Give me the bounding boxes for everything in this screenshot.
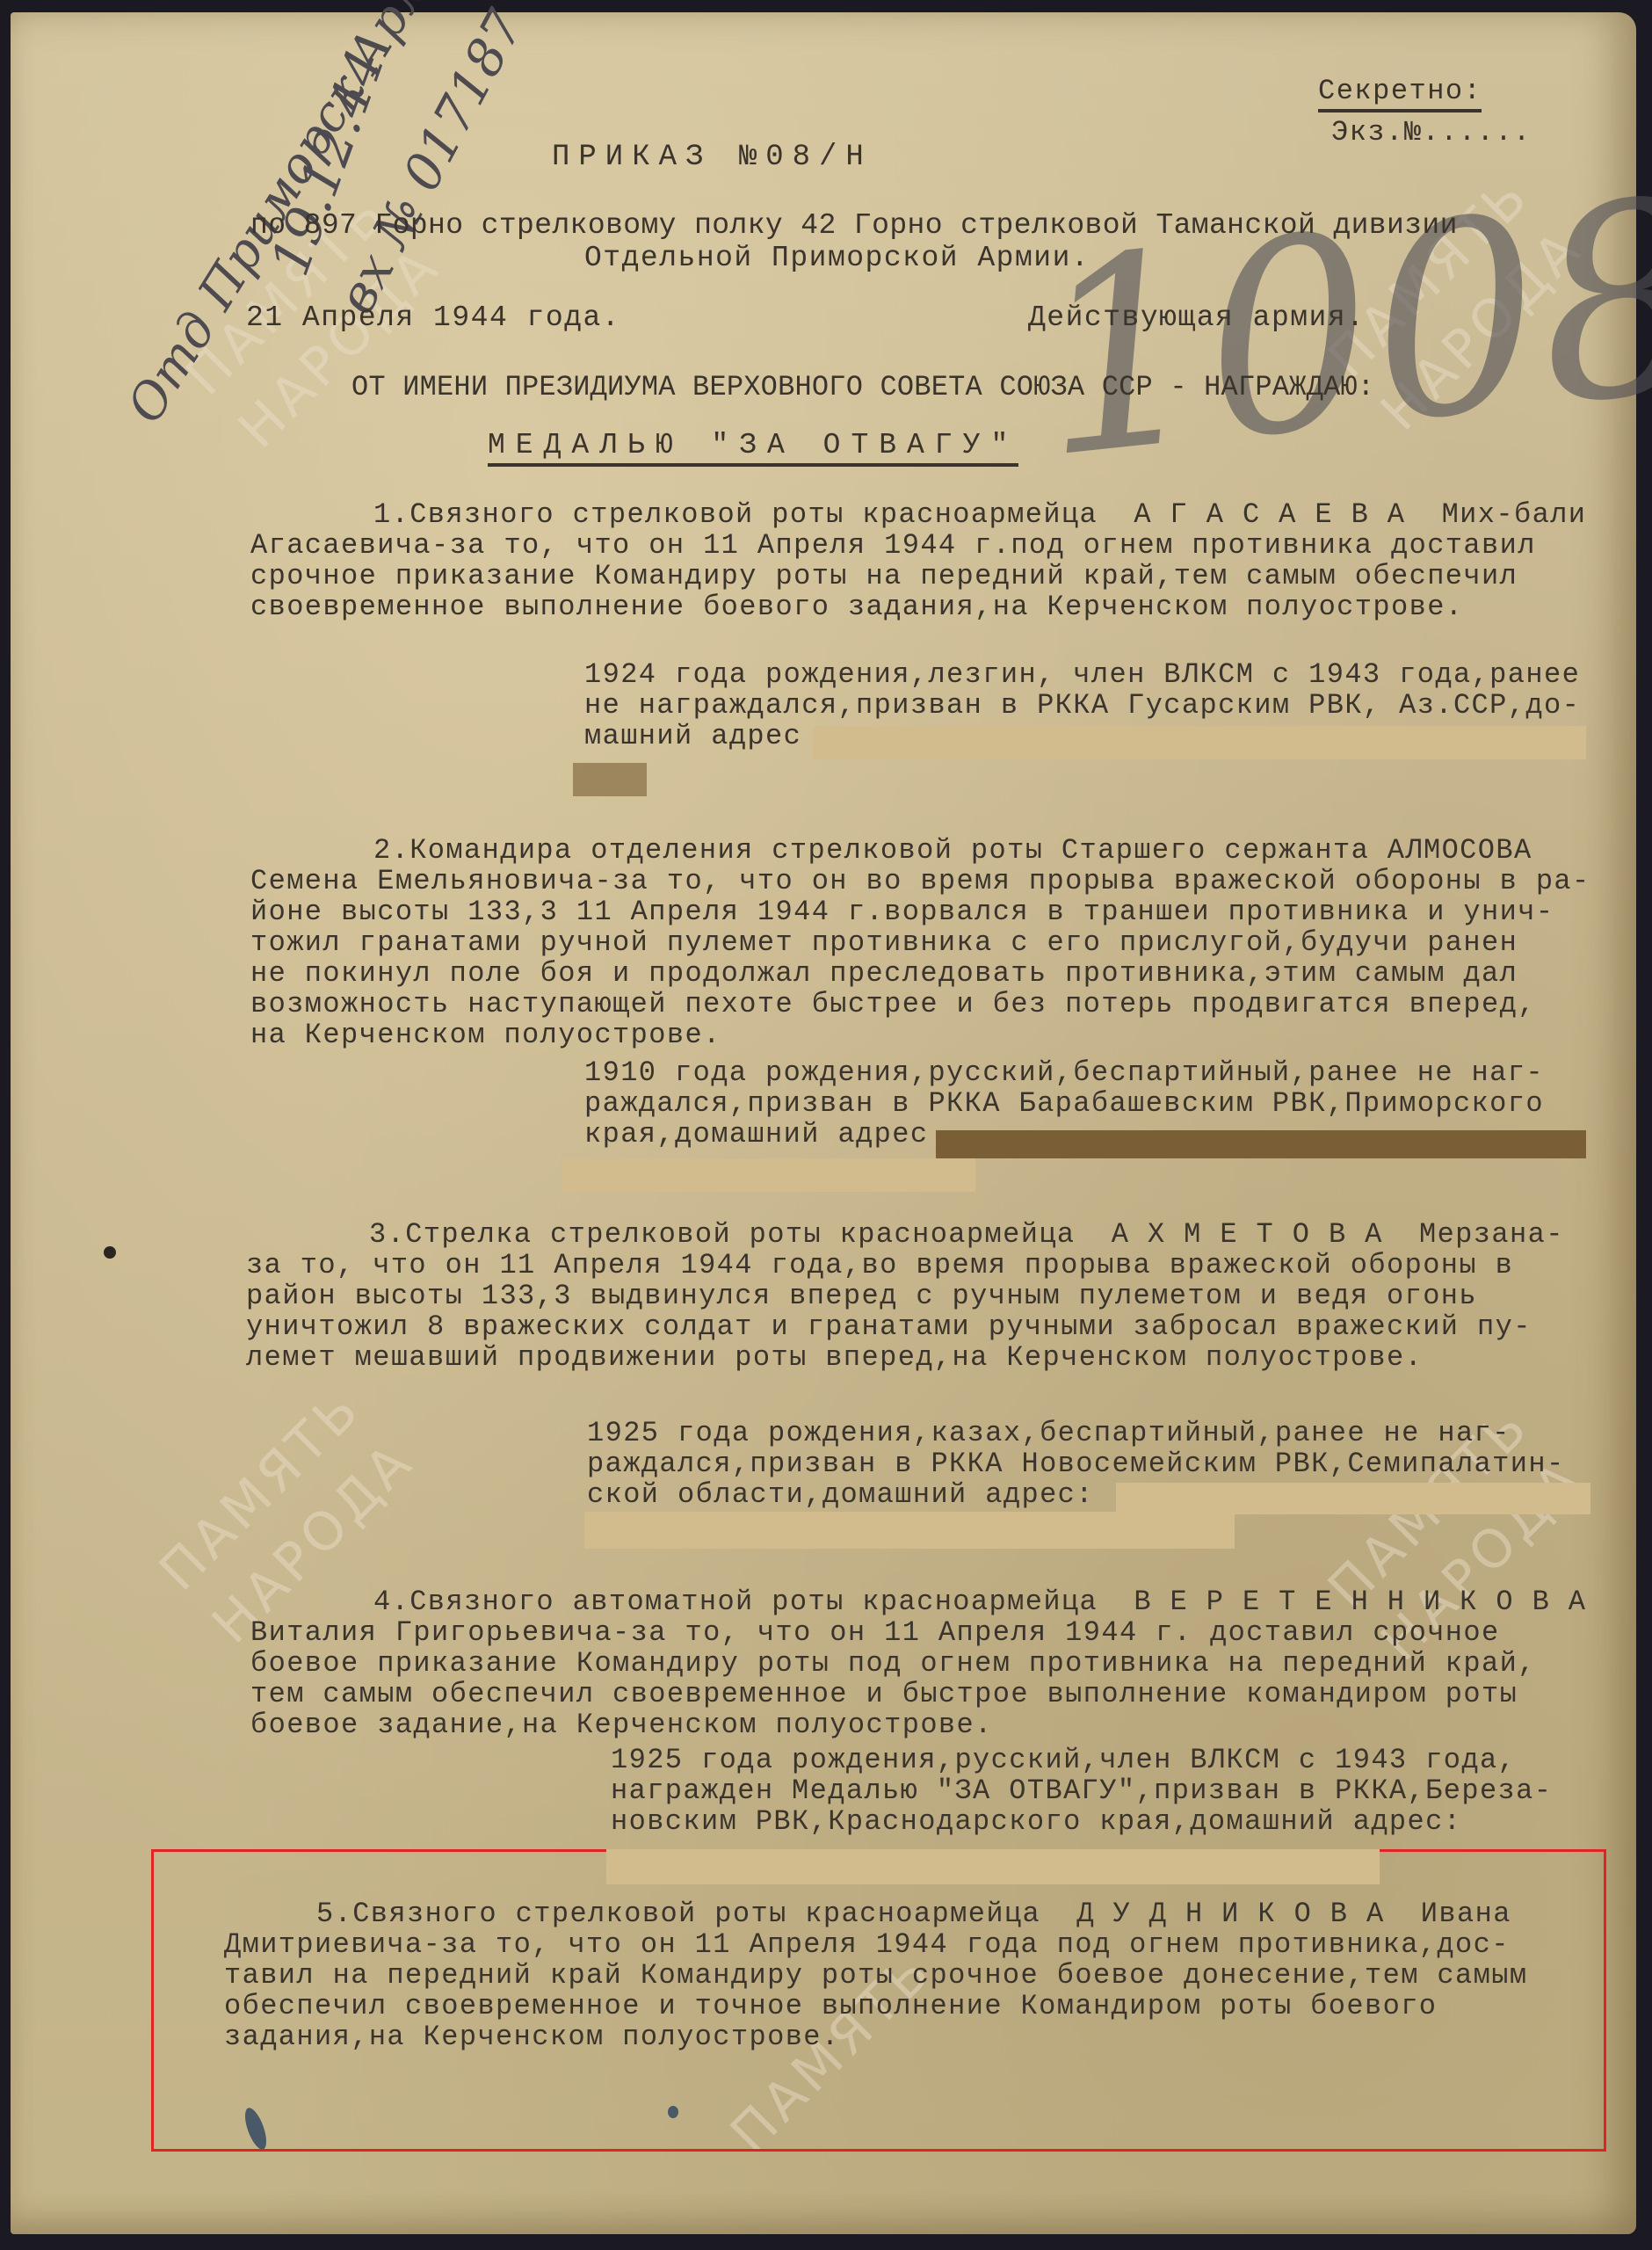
- entry-citation: 1.Связного стрелковой роты красноармейца…: [250, 499, 1586, 622]
- citation-line: 2.Командира отделения стрелковой роты Ст…: [250, 835, 1590, 866]
- citation-line: 4.Связного автоматной роты красноармейца…: [250, 1586, 1586, 1617]
- citation-line: за то, что он 11 Апреля 1944 года,во вре…: [246, 1250, 1564, 1281]
- redacted-address: [573, 763, 647, 796]
- citation-line: тавил на передний край Командиру роты ср…: [224, 1960, 1527, 1991]
- addressee-line-1: по 897 Горно стрелковому полку 42 Горно …: [250, 211, 1458, 240]
- addressee-line-2: Отдельной Приморской Армии.: [584, 243, 1090, 272]
- citation-line: обеспечил своевременное и точное выполне…: [224, 1991, 1527, 2021]
- citation-line: боевое приказание Командиру роты под огн…: [250, 1648, 1586, 1679]
- citation-line: лемет мешавший продвижении роты вперед,н…: [246, 1342, 1564, 1373]
- redacted-address: [562, 1158, 975, 1192]
- award-title: МЕДАЛЬЮ "ЗА ОТВАГУ": [488, 431, 1018, 467]
- paper-hole: [104, 1246, 116, 1259]
- citation-line: тем самым обеспечил своевременное и быст…: [250, 1679, 1586, 1709]
- redacted-address: [813, 726, 1586, 759]
- citation-line: Семена Емельяновича-за то, что он во вре…: [250, 866, 1590, 896]
- order-date: 21 Апреля 1944 года.: [246, 303, 620, 332]
- citation-line: срочное приказание Командиру роты на пер…: [250, 561, 1586, 592]
- order-location: Действующая армия.: [1028, 303, 1365, 332]
- citation-line: район высоты 133,3 выдвинулся вперед с р…: [246, 1281, 1564, 1311]
- entry-bio: 1925 года рождения,русский,член ВЛКСМ с …: [611, 1745, 1552, 1837]
- citation-line: Виталия Григорьевича-за то, что он 11 Ап…: [250, 1617, 1586, 1648]
- redacted-address: [584, 1512, 1235, 1549]
- citation-line: задания,на Керченском полуострове.: [224, 2021, 1527, 2052]
- ink-blot: [668, 2106, 678, 2118]
- citation-line: возможность наступающей пехоте быстрее и…: [250, 989, 1590, 1020]
- citation-line: Агасаевича-за то, что он 11 Апреля 1944 …: [250, 530, 1586, 561]
- citation-line: Дмитриевича-за то, что он 11 Апреля 1944…: [224, 1929, 1527, 1960]
- citation-line: 1.Связного стрелковой роты красноармейца…: [250, 499, 1586, 530]
- order-title: ПРИКАЗ №08/Н: [552, 142, 873, 172]
- citation-line: боевое задание,на Керченском полуострове…: [250, 1709, 1586, 1740]
- entry-citation: 5.Связного стрелковой роты красноармейца…: [224, 1898, 1527, 2052]
- redacted-address: [1116, 1483, 1590, 1514]
- citation-line: тожил гранатами ручной пулемет противник…: [250, 927, 1590, 958]
- citation-line: на Керченском полуострове.: [250, 1020, 1590, 1050]
- entry-citation: 4.Связного автоматной роты красноармейца…: [250, 1586, 1586, 1740]
- citation-line: 3.Стрелка стрелковой роты красноармейца …: [246, 1219, 1564, 1250]
- entry-citation: 2.Командира отделения стрелковой роты Ст…: [250, 835, 1590, 1050]
- redacted-address: [606, 1849, 1380, 1884]
- preamble: ОТ ИМЕНИ ПРЕЗИДИУМА ВЕРХОВНОГО СОВЕТА СО…: [351, 374, 1374, 402]
- citation-line: 5.Связного стрелковой роты красноармейца…: [224, 1898, 1527, 1929]
- citation-line: йоне высоты 133,3 11 Апреля 1944 г.ворва…: [250, 896, 1590, 927]
- copy-number: Экз.№......: [1331, 119, 1532, 147]
- citation-line: уничтожил 8 вражеских солдат и гранатами…: [246, 1311, 1564, 1342]
- entry-citation: 3.Стрелка стрелковой роты красноармейца …: [246, 1219, 1564, 1373]
- citation-line: своевременное выполнение боевого задания…: [250, 592, 1586, 622]
- citation-line: не покинул поле боя и продолжал преследо…: [250, 958, 1590, 989]
- redacted-address: [936, 1130, 1586, 1158]
- classification-label: Секретно:: [1318, 77, 1482, 112]
